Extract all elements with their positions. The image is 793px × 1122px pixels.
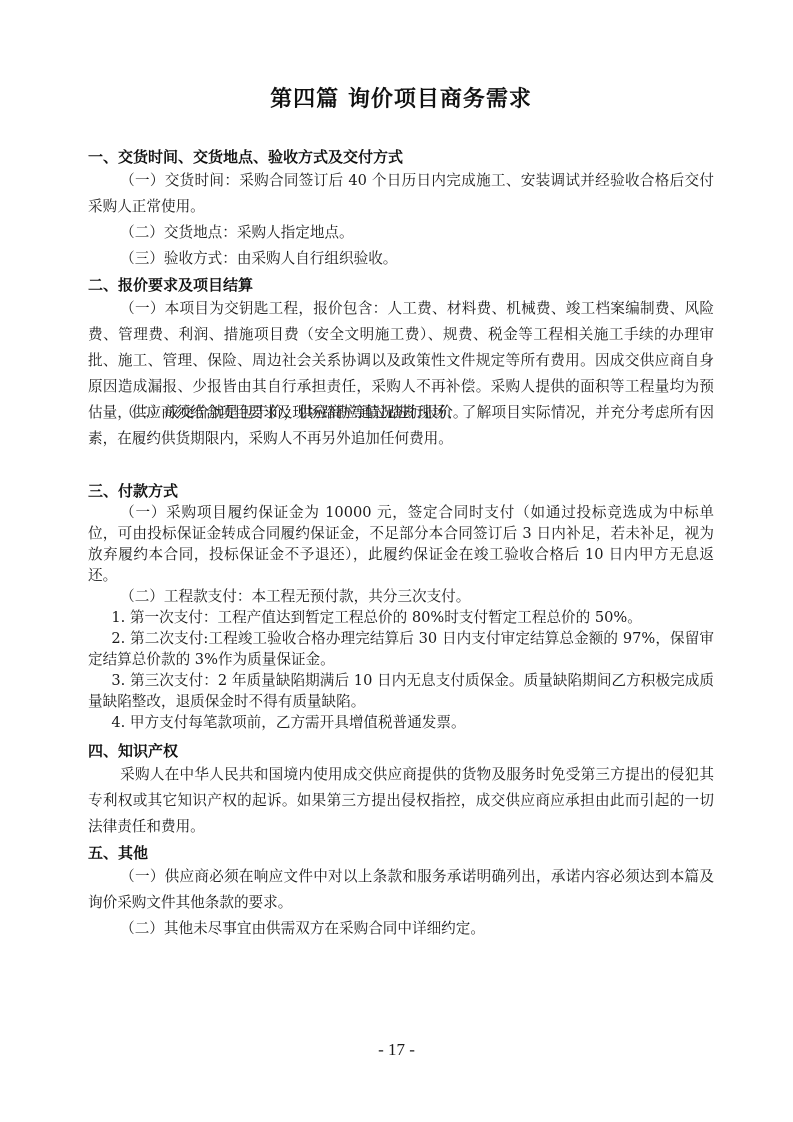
paragraph-acceptance: （三）验收方式：由采购人自行组织验收。 <box>88 246 714 272</box>
section-heading-other: 五、其他 <box>88 842 148 863</box>
section-heading-quotation: 二、报价要求及项目结算 <box>88 274 253 295</box>
paragraph-commitment: （一）供应商必须在响应文件中对以上条款和服务承诺明确列出，承诺内容必须达到本篇及… <box>88 864 714 916</box>
paragraph-delivery-time: （一）交货时间：采购合同签订后 40 个日历日内完成施工、安装调试并经验收合格后… <box>88 168 714 220</box>
paragraph-third-payment: 3. 第三次支付：2 年质量缺陷期满后 10 日内无息支付质保金。质量缺陷期间乙… <box>88 670 714 712</box>
section-heading-payment: 三、付款方式 <box>88 480 178 501</box>
paragraph-second-payment: 2. 第二次支付:工程竣工验收合格办理完结算后 30 日内支付审定结算总金额的 … <box>88 628 714 670</box>
section-heading-delivery: 一、交货时间、交货地点、验收方式及交付方式 <box>88 146 403 167</box>
paragraph-invoice: 4. 甲方支付每笔款项前，乙方需开具增值税普通发票。 <box>88 712 714 733</box>
paragraph-payment-schedule: （二）工程款支付：本工程无预付款，共分三次支付。 <box>88 586 714 607</box>
paragraph-lump-sum: （二）成交价就是包干价，供应商应通过踏勘现场、了解项目实际情况，并充分考虑所有因… <box>88 400 714 452</box>
page-number: - 17 - <box>0 1040 793 1060</box>
paragraph-first-payment: 1. 第一次支付：工程产值达到暂定工程总价的 80%时支付暂定工程总价的 50%… <box>88 607 714 628</box>
section-heading-ip: 四、知识产权 <box>88 740 178 761</box>
paragraph-other-matters: （二）其他未尽事宜由供需双方在采购合同中详细约定。 <box>88 916 714 942</box>
paragraph-ip: 采购人在中华人民共和国境内使用成交供应商提供的货物及服务时免受第三方提出的侵犯其… <box>88 762 714 840</box>
page-title: 第四篇 询价项目商务需求 <box>88 82 714 113</box>
paragraph-performance-bond: （一）采购项目履约保证金为 10000 元，签定合同时支付（如通过投标竞选成为中… <box>88 502 714 586</box>
paragraph-delivery-place: （二）交货地点：采购人指定地点。 <box>88 220 714 246</box>
